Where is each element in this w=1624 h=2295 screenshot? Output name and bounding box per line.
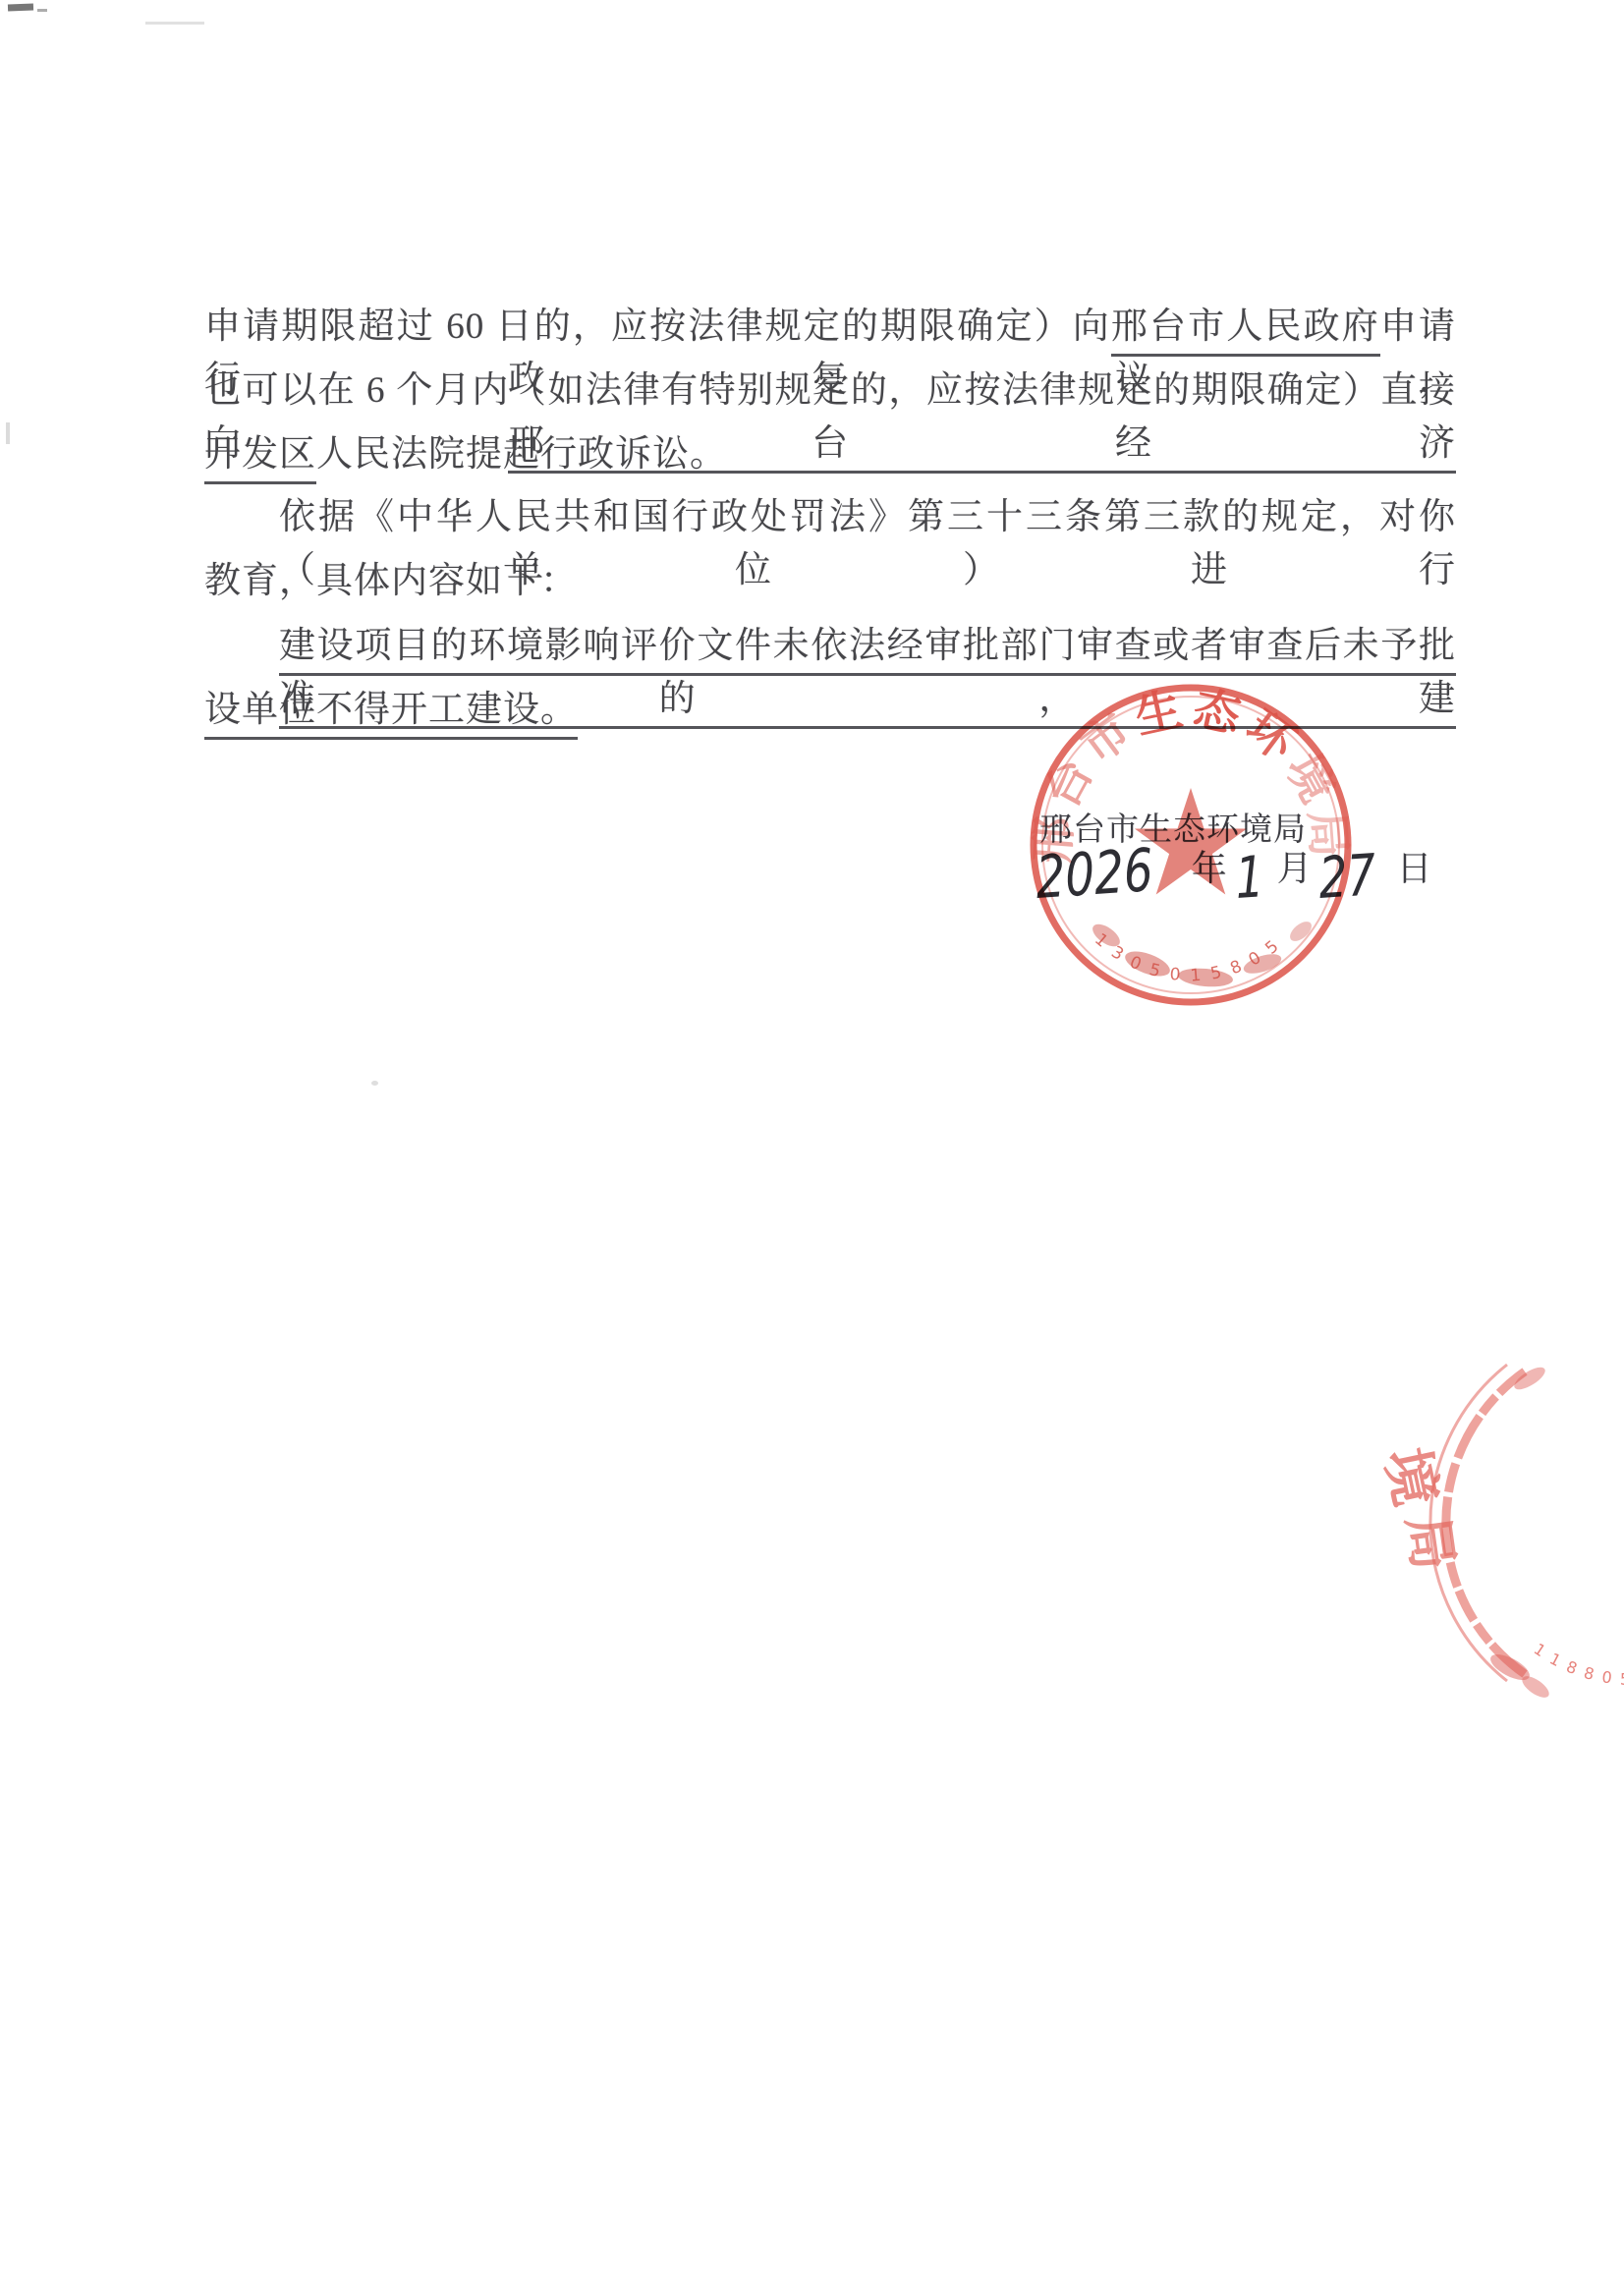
partial-red-seal: 境 局 118805313 bbox=[1302, 1321, 1624, 1744]
underlined-text-run: 邢台市人民政府 bbox=[1111, 307, 1380, 357]
body-line-5: 教育，具体内容如下： bbox=[204, 555, 1456, 608]
text-run: 人民法院提起行政诉讼。 bbox=[316, 434, 727, 475]
day-label: 日 bbox=[1396, 841, 1431, 891]
scan-artifact-speck bbox=[145, 22, 204, 25]
document-page: 申请期限超过 60 日的，应按法律规定的期限确定）向邢台市人民政府申请行政复议，… bbox=[0, 0, 1624, 2295]
partial-seal-char-2: 局 bbox=[1395, 1512, 1465, 1574]
partial-seal-char-1: 境 bbox=[1372, 1442, 1450, 1512]
scan-artifact-speck bbox=[371, 1081, 378, 1086]
scan-artifact-speck bbox=[8, 4, 33, 12]
scan-artifact-speck bbox=[37, 9, 47, 12]
underlined-text-run: 设单位不得开工建设。 bbox=[204, 690, 578, 740]
scan-artifact-speck bbox=[6, 422, 10, 444]
official-red-seal: 邢台市生态环境局 1305015805 bbox=[1024, 678, 1358, 1012]
underlined-text-run: 开发区 bbox=[204, 434, 316, 484]
text-run: 申请期限超过 60 日的，应按法律规定的期限确定）向 bbox=[204, 307, 1111, 347]
body-line-3: 开发区人民法院提起行政诉讼。 bbox=[204, 428, 1456, 481]
star-icon bbox=[1135, 788, 1247, 895]
partial-seal-digits: 118805313 bbox=[1531, 1640, 1624, 1689]
text-run: 教育，具体内容如下： bbox=[204, 561, 578, 601]
